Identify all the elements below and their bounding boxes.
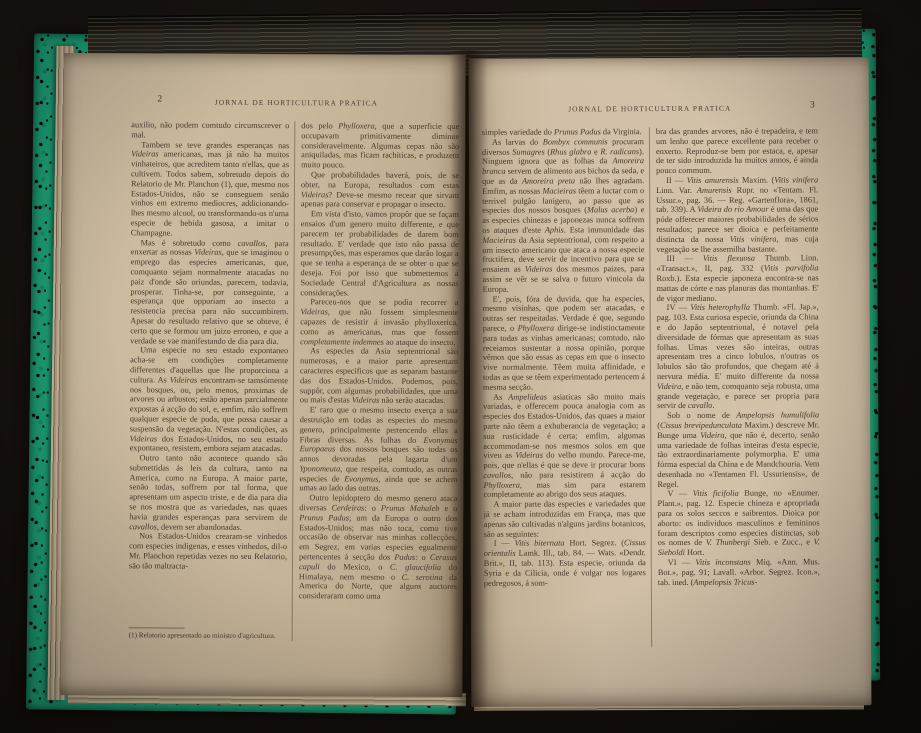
paragraph: dos pelo Phylloxera, que a superficie qu… <box>301 121 459 171</box>
paragraph: As larvas do Bombyx communis procuram di… <box>482 137 645 294</box>
paragraph: III — Vitis flexuosa Thumb. Linn. «Trans… <box>656 254 818 304</box>
paragraph: bra das grandes arvores, não é trepadeir… <box>656 126 818 176</box>
page-right: JORNAL DE HORTICULTURA PRATICA 3 simples… <box>469 57 872 707</box>
running-title-right: JORNAL DE HORTICULTURA PRATICA <box>568 100 731 114</box>
running-title-left: JORNAL DE HORTICULTURA PRATICA <box>215 94 378 108</box>
paragraph: E' raro que o mesmo insecto exerça a sua… <box>299 405 457 494</box>
paragraph: VI — Vitis inconstans Miq. «Ann. Mus. Bo… <box>658 557 820 587</box>
paragraph: Sob o nome de Ampelopsis humulifolia (Ci… <box>657 410 819 489</box>
paragraph: Outro tanto não acontece quando são subm… <box>129 453 287 532</box>
page-left-header: 2 JORNAL DE HORTICULTURA PRATICA <box>131 93 461 113</box>
paragraph: As Ampelideas asiaticas são muito mais v… <box>483 392 645 500</box>
paragraph: Em vista d'isto, vamos propôr que se faç… <box>300 209 458 298</box>
paragraph: As especies da Asia septentrional são nu… <box>300 347 458 407</box>
paragraph: Mas é sobretudo como cavallos, para enxe… <box>130 238 289 347</box>
page-right-column-2: bra das grandes arvores, não é trepadeir… <box>649 126 820 647</box>
book-photo-scene: 2 JORNAL DE HORTICULTURA PRATICA auxilio… <box>0 0 921 733</box>
page-left-columns: auxilio, não podem comtudo circumscrever… <box>129 120 462 642</box>
paragraph: IV — Vitis heterophylla Thumb. «Fl. Jap.… <box>657 303 819 411</box>
paragraph: A maior parte das especies e variedades … <box>484 499 646 539</box>
paragraph: Nos Estados-Unidos crearam-se vinhedos c… <box>129 532 287 572</box>
paragraph: Que probabilidades haverá, pois, de se o… <box>301 170 459 210</box>
page-right-column-1: simples variedade do Prunus Padus da Vir… <box>482 127 646 648</box>
paragraph: simples variedade do Prunus Padus da Vir… <box>482 127 644 138</box>
paragraph: Uma especie no seu estado expontaneo ach… <box>130 346 289 455</box>
paragraph: II — Vitis amurensis Maxim. (Vitis vinif… <box>656 175 818 254</box>
paragraph: I — Vitis biternata Hort. Segrez. (Cissu… <box>484 539 646 589</box>
paragraph: Tambem se teve grandes esperanças nas Vi… <box>131 140 290 239</box>
page-number-left: 2 <box>157 94 162 104</box>
footnote: (1) Relatorio apresentado ao ministro d'… <box>129 628 287 642</box>
page-number-right: 3 <box>810 100 815 110</box>
page-left-column-1: auxilio, não podem comtudo circumscrever… <box>129 120 290 641</box>
paragraph: Pareceu-nos que se podia recorrer a Vide… <box>300 298 458 348</box>
page-right-columns: simples variedade do Prunus Padus da Vir… <box>482 126 820 647</box>
column-text: auxilio, não podem comtudo circumscrever… <box>129 120 290 623</box>
page-right-header: JORNAL DE HORTICULTURA PRATICA 3 <box>482 99 818 118</box>
page-left: 2 JORNAL DE HORTICULTURA PRATICA auxilio… <box>60 53 465 697</box>
paragraph: auxilio, não podem comtudo circumscrever… <box>131 120 289 140</box>
paragraph: E', pois, fóra de duvida, que ha especie… <box>483 294 645 393</box>
paragraph: Outro lepidoptero do mesmo genero ataca … <box>299 493 458 602</box>
page-left-column-2: dos pelo Phylloxera, que a superficie qu… <box>292 121 460 642</box>
paragraph: V — Vitis ficifolia Bunge, no «Enumer. P… <box>657 489 819 558</box>
